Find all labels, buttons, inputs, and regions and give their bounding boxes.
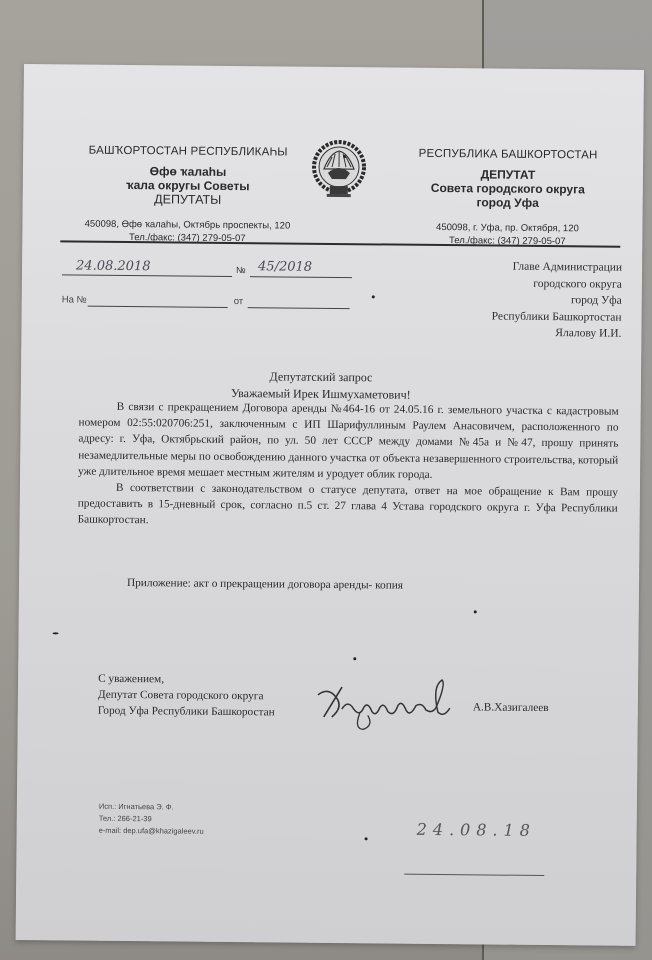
recipient-line: город Уфа	[422, 291, 622, 309]
executor-email: e-mail: dep.ufa@khazigaleev.ru	[99, 825, 204, 838]
recipient-block: Главе Администрации городского округа го…	[421, 258, 622, 342]
closing-line: Город Уфа Республики Башкоростан	[98, 703, 338, 721]
handwritten-date: 24.08.2018	[76, 259, 151, 275]
letter-body: В связи с прекращением Договора аренды №…	[78, 399, 619, 534]
header-left-line4: ДЕПУТАТЫ	[63, 191, 313, 207]
header-bashkir: БАШҠОРТОСТАН РЕСПУБЛИКАҺЫ Өфө ҡалаһы ҡал…	[62, 144, 313, 245]
stamp-date-text: 24.08.18	[417, 820, 536, 840]
handwritten-stamp-date: 24.08.18	[396, 816, 556, 858]
speck	[353, 657, 356, 660]
speck	[53, 632, 59, 634]
from-label: от	[234, 296, 244, 307]
reference-label: На №	[62, 294, 87, 305]
signature-icon	[314, 677, 465, 738]
handwritten-number: 45/2018	[258, 259, 312, 275]
signer-name: А.В.Хазигалеев	[473, 701, 549, 714]
recipient-line: Ялалову И.И.	[421, 324, 621, 342]
recipient-line: Главе Администрации	[422, 258, 622, 276]
header-right-line1: РЕСПУБЛИКА БАШКОРТОСТАН	[393, 148, 623, 162]
document-page: БАШҠОРТОСТАН РЕСПУБЛИКАҺЫ Өфө ҡалаһы ҡал…	[16, 64, 644, 946]
recipient-line: городского округа	[422, 274, 622, 292]
speck	[372, 295, 375, 298]
header-right-line4: город Уфа	[393, 195, 623, 211]
speck	[474, 610, 477, 613]
attachment-note: Приложение: акт о прекращении договора а…	[127, 577, 587, 593]
closing-block: С уважением, Депутат Совета городского о…	[98, 671, 338, 721]
number-label: №	[236, 265, 246, 275]
executor-phone: Тел.: 266-21-39	[99, 813, 204, 826]
header-left-address: 450098, Өфө ҡалаһы, Октябрь проспекты, 1…	[62, 217, 312, 232]
paragraph: В соответствии с законодательством о ста…	[78, 480, 618, 534]
reference-row: На № от	[62, 292, 362, 311]
header-russian: РЕСПУБЛИКА БАШКОРТОСТАН ДЕПУТАТ Совета г…	[392, 148, 623, 249]
coat-of-arms-icon	[310, 139, 369, 202]
speck	[343, 155, 346, 158]
paragraph: В связи с прекращением Договора аренды №…	[78, 399, 619, 485]
registration-row: 24.08.2018 № 45/2018	[62, 256, 362, 279]
executor-name: Исп.: Игнатьева Э. Ф.	[99, 801, 204, 814]
header-left-line1: БАШҠОРТОСТАН РЕСПУБЛИКАҺЫ	[63, 144, 313, 158]
speck	[365, 837, 368, 840]
executor-info: Исп.: Игнатьева Э. Ф. Тел.: 266-21-39 e-…	[99, 801, 204, 838]
recipient-line: Республики Башкортостан	[422, 307, 622, 325]
